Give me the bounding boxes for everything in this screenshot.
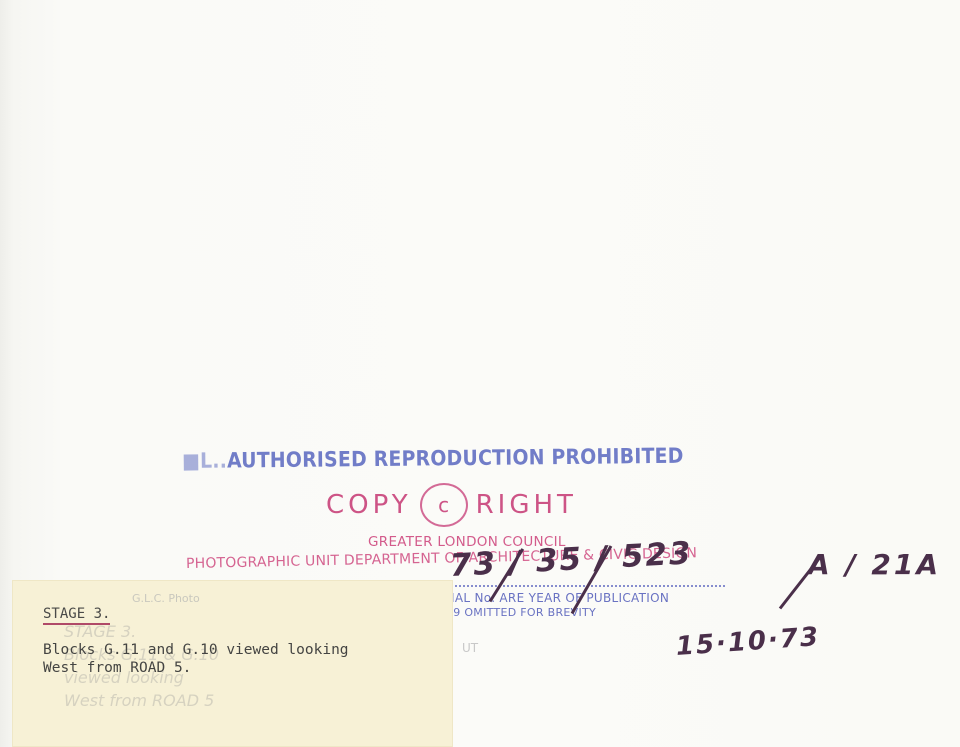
stamp-smudge: ■L..	[182, 449, 227, 473]
card-title-text: STAGE 3.	[43, 606, 110, 625]
reproduction-warning-stamp: ■L..AUTHORISED REPRODUCTION PROHIBITED	[182, 443, 742, 473]
faint-pencil-mark	[28, 34, 68, 40]
copyright-right: RIGHT	[476, 490, 577, 520]
copyright-stamp: COPY c RIGHT	[326, 485, 577, 525]
photo-back-sheet: ■L..AUTHORISED REPRODUCTION PROHIBITED C…	[0, 0, 960, 747]
card-description: Blocks G.11 and G.10 viewed looking West…	[43, 641, 443, 677]
copyright-left: COPY	[326, 490, 412, 520]
copyright-circle-icon: c	[420, 483, 468, 527]
card-bleed-text: G.L.C. Photo	[132, 592, 200, 605]
typed-label-card: G.L.C. Photo STAGE 3. Blocks G.11 & G.10…	[12, 580, 453, 747]
handwritten-suffix: A / 21A	[808, 548, 941, 581]
handwritten-date: 15·10·73	[675, 622, 821, 662]
warning-text: AUTHORISED REPRODUCTION PROHIBITED	[227, 444, 684, 473]
card-title: STAGE 3.	[43, 606, 110, 622]
faint-reference: UT	[462, 641, 478, 655]
